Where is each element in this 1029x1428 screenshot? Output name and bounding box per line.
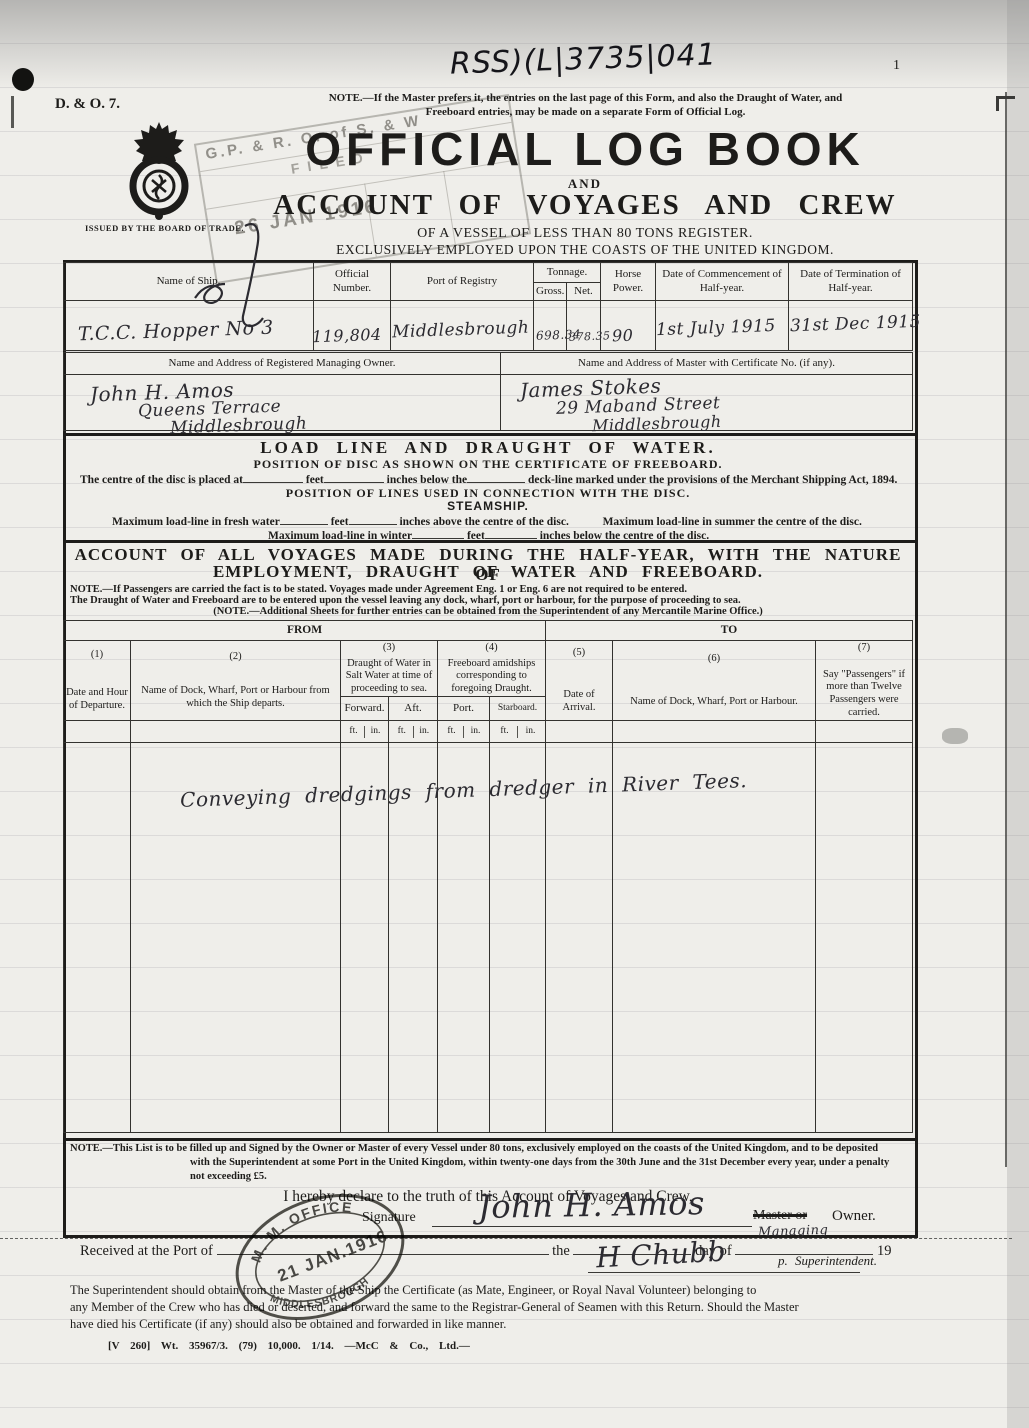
- superintendent-label: Superintendent.: [795, 1253, 877, 1269]
- col3-header: (3) Draught of Water in Salt Water at ti…: [341, 641, 438, 697]
- ftin-forward: ft.in.: [341, 721, 389, 743]
- subtitle: ACCOUNT OF VOYAGES AND CREW: [245, 189, 925, 222]
- received-line: Received at the Port of the day of 19: [80, 1240, 891, 1260]
- fresh-water-line: Maximum load-line in fresh water feet in…: [112, 513, 922, 528]
- corner-mark: [11, 96, 14, 128]
- header-port-of-registry: Port of Registry: [391, 263, 534, 301]
- header-horse-power: Horse Power.: [601, 263, 656, 301]
- corner-mark: [996, 96, 1015, 111]
- header-commencement: Date of Commencement of Half-year.: [656, 263, 789, 301]
- header-official-number: Official Number.: [314, 263, 391, 301]
- port-subheader: Port.: [438, 697, 490, 721]
- hw-net: 378.35: [569, 329, 611, 343]
- bottom-note: NOTE.—This List is to be filled up and S…: [70, 1142, 915, 1185]
- header-termination: Date of Termination of Half-year.: [789, 263, 913, 301]
- col1-header: (1) Date and Hour of Departure.: [64, 641, 131, 721]
- handwritten-paraph: [185, 218, 295, 333]
- body-col6: [613, 743, 816, 1133]
- fold-line: [0, 1238, 1012, 1239]
- header-tonnage: Tonnage.: [534, 263, 601, 283]
- load-line-title: LOAD LINE AND DRAUGHT OF WATER.: [63, 438, 913, 458]
- voyages-note3: (NOTE.—Additional Sheets for further ent…: [63, 605, 913, 619]
- hw-official-number: 119,804: [312, 325, 382, 346]
- board-of-trade-crest-icon: [126, 120, 192, 224]
- body-col7: [816, 743, 913, 1133]
- hw-managing: Managing: [758, 1223, 829, 1240]
- mm-office-stamp: M. M. OFFICE MIDDLESBROUGH 21 JAN.1916: [230, 1190, 410, 1325]
- cell-gross: [534, 301, 567, 351]
- top-note-line2: Freeboard entries, may be made on a sepa…: [278, 106, 893, 120]
- page-number: 1: [893, 58, 900, 74]
- header-gross: Gross.: [534, 283, 567, 301]
- master-or-struck: Master or: [753, 1208, 807, 1224]
- bottom-note-line1: NOTE.—This List is to be filled up and S…: [70, 1142, 915, 1156]
- form-code: D. & O. 7.: [55, 96, 120, 113]
- signature-line: [432, 1226, 752, 1227]
- top-note: NOTE.—If the Master prefers it, the entr…: [278, 92, 893, 120]
- stamp-date-text: 21 JAN.1916: [275, 1226, 391, 1286]
- steamship-label: STEAMSHIP.: [63, 499, 913, 513]
- col5-header: (5) Date of Arrival.: [546, 641, 613, 721]
- page-edge-line: [1005, 92, 1007, 1167]
- top-note-line1: NOTE.—If the Master prefers it, the entr…: [278, 92, 893, 106]
- vessel-line: OF A VESSEL OF LESS THAN 80 TONS REGISTE…: [275, 226, 895, 242]
- body-col1: [64, 743, 131, 1133]
- voyages-table: FROM TO (1) Date and Hour of Departure. …: [63, 620, 913, 1133]
- col4-header: (4) Freeboard amidships corresponding to…: [438, 641, 546, 697]
- para-line3: have died his Certificate (if any) shoul…: [70, 1316, 925, 1333]
- col6-header: (6) Name of Dock, Wharf, Port or Harbour…: [613, 641, 816, 721]
- header-master: Name and Address of Master with Certific…: [501, 353, 913, 375]
- col2-header: (2) Name of Dock, Wharf, Port or Harbour…: [131, 641, 341, 721]
- hw-superintendent-signature: H Chubb: [595, 1235, 727, 1275]
- section-rule: [63, 1138, 915, 1141]
- punch-hole-mark: [12, 68, 34, 91]
- starboard-subheader: Starboard.: [490, 697, 546, 721]
- body-col5: [546, 743, 613, 1133]
- ink-smudge: [942, 728, 968, 744]
- voyages-heading-line2: EMPLOYMENT, DRAUGHT OF WATER AND FREEBOA…: [63, 562, 913, 582]
- scanned-log-book-page: D. & O. 7. 1 RSS)(L|3735|041 NOTE.—If th…: [0, 0, 1029, 1428]
- section-rule: [63, 540, 915, 543]
- bottom-note-line2: with the Superintendent at some Port in …: [70, 1156, 915, 1170]
- ftin-aft: ft.in.: [389, 721, 438, 743]
- from-header: FROM: [64, 621, 546, 641]
- centre-of-disc-line: The centre of the disc is placed at feet…: [80, 471, 920, 486]
- hw-horse-power: 90: [612, 326, 634, 346]
- printer-imprint: [V 260] Wt. 35967/3. (79) 10,000. 1/14. …: [108, 1340, 470, 1352]
- para-line2: any Member of the Crew who has died or d…: [70, 1299, 925, 1316]
- header-net: Net.: [567, 283, 601, 301]
- p-label: p.: [778, 1253, 788, 1269]
- hw-signature: John H. Amos: [478, 1184, 706, 1226]
- to-header: TO: [546, 621, 913, 641]
- ftin-starboard: ft.in.: [490, 721, 546, 743]
- header-managing-owner: Name and Address of Registered Managing …: [64, 353, 501, 375]
- aft-subheader: Aft.: [389, 697, 438, 721]
- bottom-note-line3: not exceeding £5.: [70, 1170, 915, 1184]
- page-edge-shade: [1007, 0, 1029, 1428]
- para-line1: The Superintendent should obtain from th…: [70, 1283, 756, 1297]
- col7-header: (7) Say "Passengers" if more than Twelve…: [816, 641, 913, 721]
- main-title: OFFICIAL LOG BOOK: [275, 122, 895, 176]
- owner-label: Owner.: [832, 1208, 876, 1225]
- position-of-disc-line: POSITION OF DISC AS SHOWN ON THE CERTIFI…: [63, 457, 913, 472]
- superintendent-paragraph: The Superintendent should obtain from th…: [70, 1282, 925, 1333]
- hw-commencement: 1st July 1915: [656, 316, 776, 340]
- forward-subheader: Forward.: [341, 697, 389, 721]
- ftin-port: ft.in.: [438, 721, 490, 743]
- coasts-line: EXCLUSIVELY EMPLOYED UPON THE COASTS OF …: [245, 242, 925, 258]
